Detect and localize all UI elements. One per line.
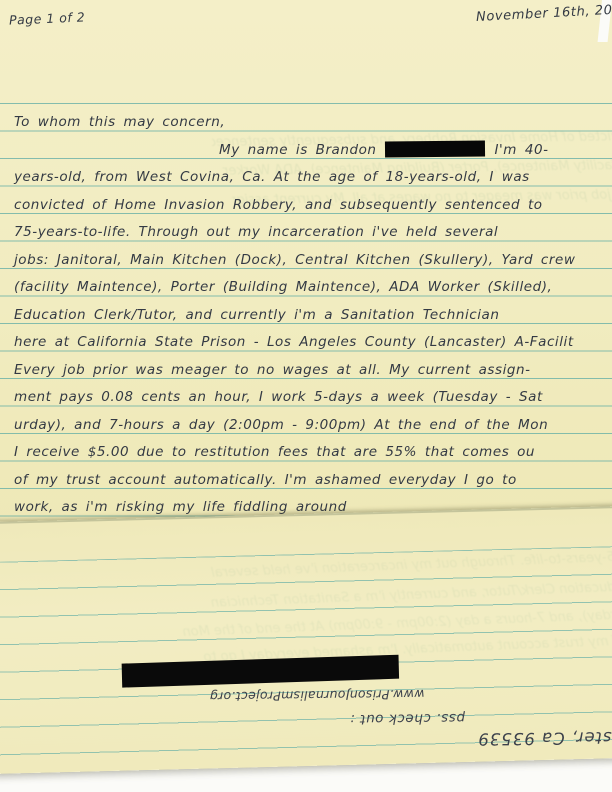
letter-line: urday), and 7-hours a day (2:00pm - 9:00… bbox=[14, 412, 612, 440]
city-zip-line: Lancaster, Ca 93539 bbox=[446, 727, 612, 748]
letter-line: I receive $5.00 due to restitution fees … bbox=[14, 439, 612, 467]
handwritten-url: www.PrisonJournalismProject.org bbox=[152, 687, 424, 705]
letter-date: November 16th, 2021 bbox=[476, 2, 612, 25]
letter-page-1: Page 1 of 2 November 16th, 2021 convicte… bbox=[0, 0, 612, 545]
intro-text-post: I'm 40- bbox=[495, 142, 549, 158]
letter-line: years-old, from West Covina, Ca. At the … bbox=[14, 164, 612, 192]
letter-line: Education Clerk/Tutor, and currently i'm… bbox=[14, 302, 612, 330]
letter-line: Every job prior was meager to no wages a… bbox=[14, 357, 612, 385]
letter-line: convicted of Home Invasion Robbery, and … bbox=[14, 192, 612, 220]
letter-line: ment pays 0.08 cents an hour, I work 5-d… bbox=[14, 384, 612, 412]
letter-line: of my trust account automatically. I'm a… bbox=[14, 467, 612, 495]
intro-text-pre: My name is Brandon bbox=[219, 142, 377, 158]
ps-note: pss. check out : bbox=[337, 710, 465, 727]
letter-line: jobs: Janitoral, Main Kitchen (Dock), Ce… bbox=[14, 247, 612, 275]
letter-line: 75-years-to-life. Through out my incarce… bbox=[14, 219, 612, 247]
page-number: Page 1 of 2 bbox=[9, 9, 86, 27]
redacted-name-box bbox=[384, 140, 484, 157]
salutation-line: To whom this may concern, bbox=[14, 109, 612, 137]
letter-line: here at California State Prison - Los An… bbox=[14, 329, 612, 357]
letter-line: (facility Maintence), Porter (Building M… bbox=[14, 274, 612, 302]
letter-line: My name is BrandonI'm 40- bbox=[219, 137, 612, 165]
letter-page-2: 75-years-to-life. Through out my incarce… bbox=[0, 505, 612, 774]
scanned-letter: Page 1 of 2 November 16th, 2021 convicte… bbox=[0, 0, 612, 792]
letter-body: To whom this may concern, My name is Bra… bbox=[14, 103, 612, 522]
